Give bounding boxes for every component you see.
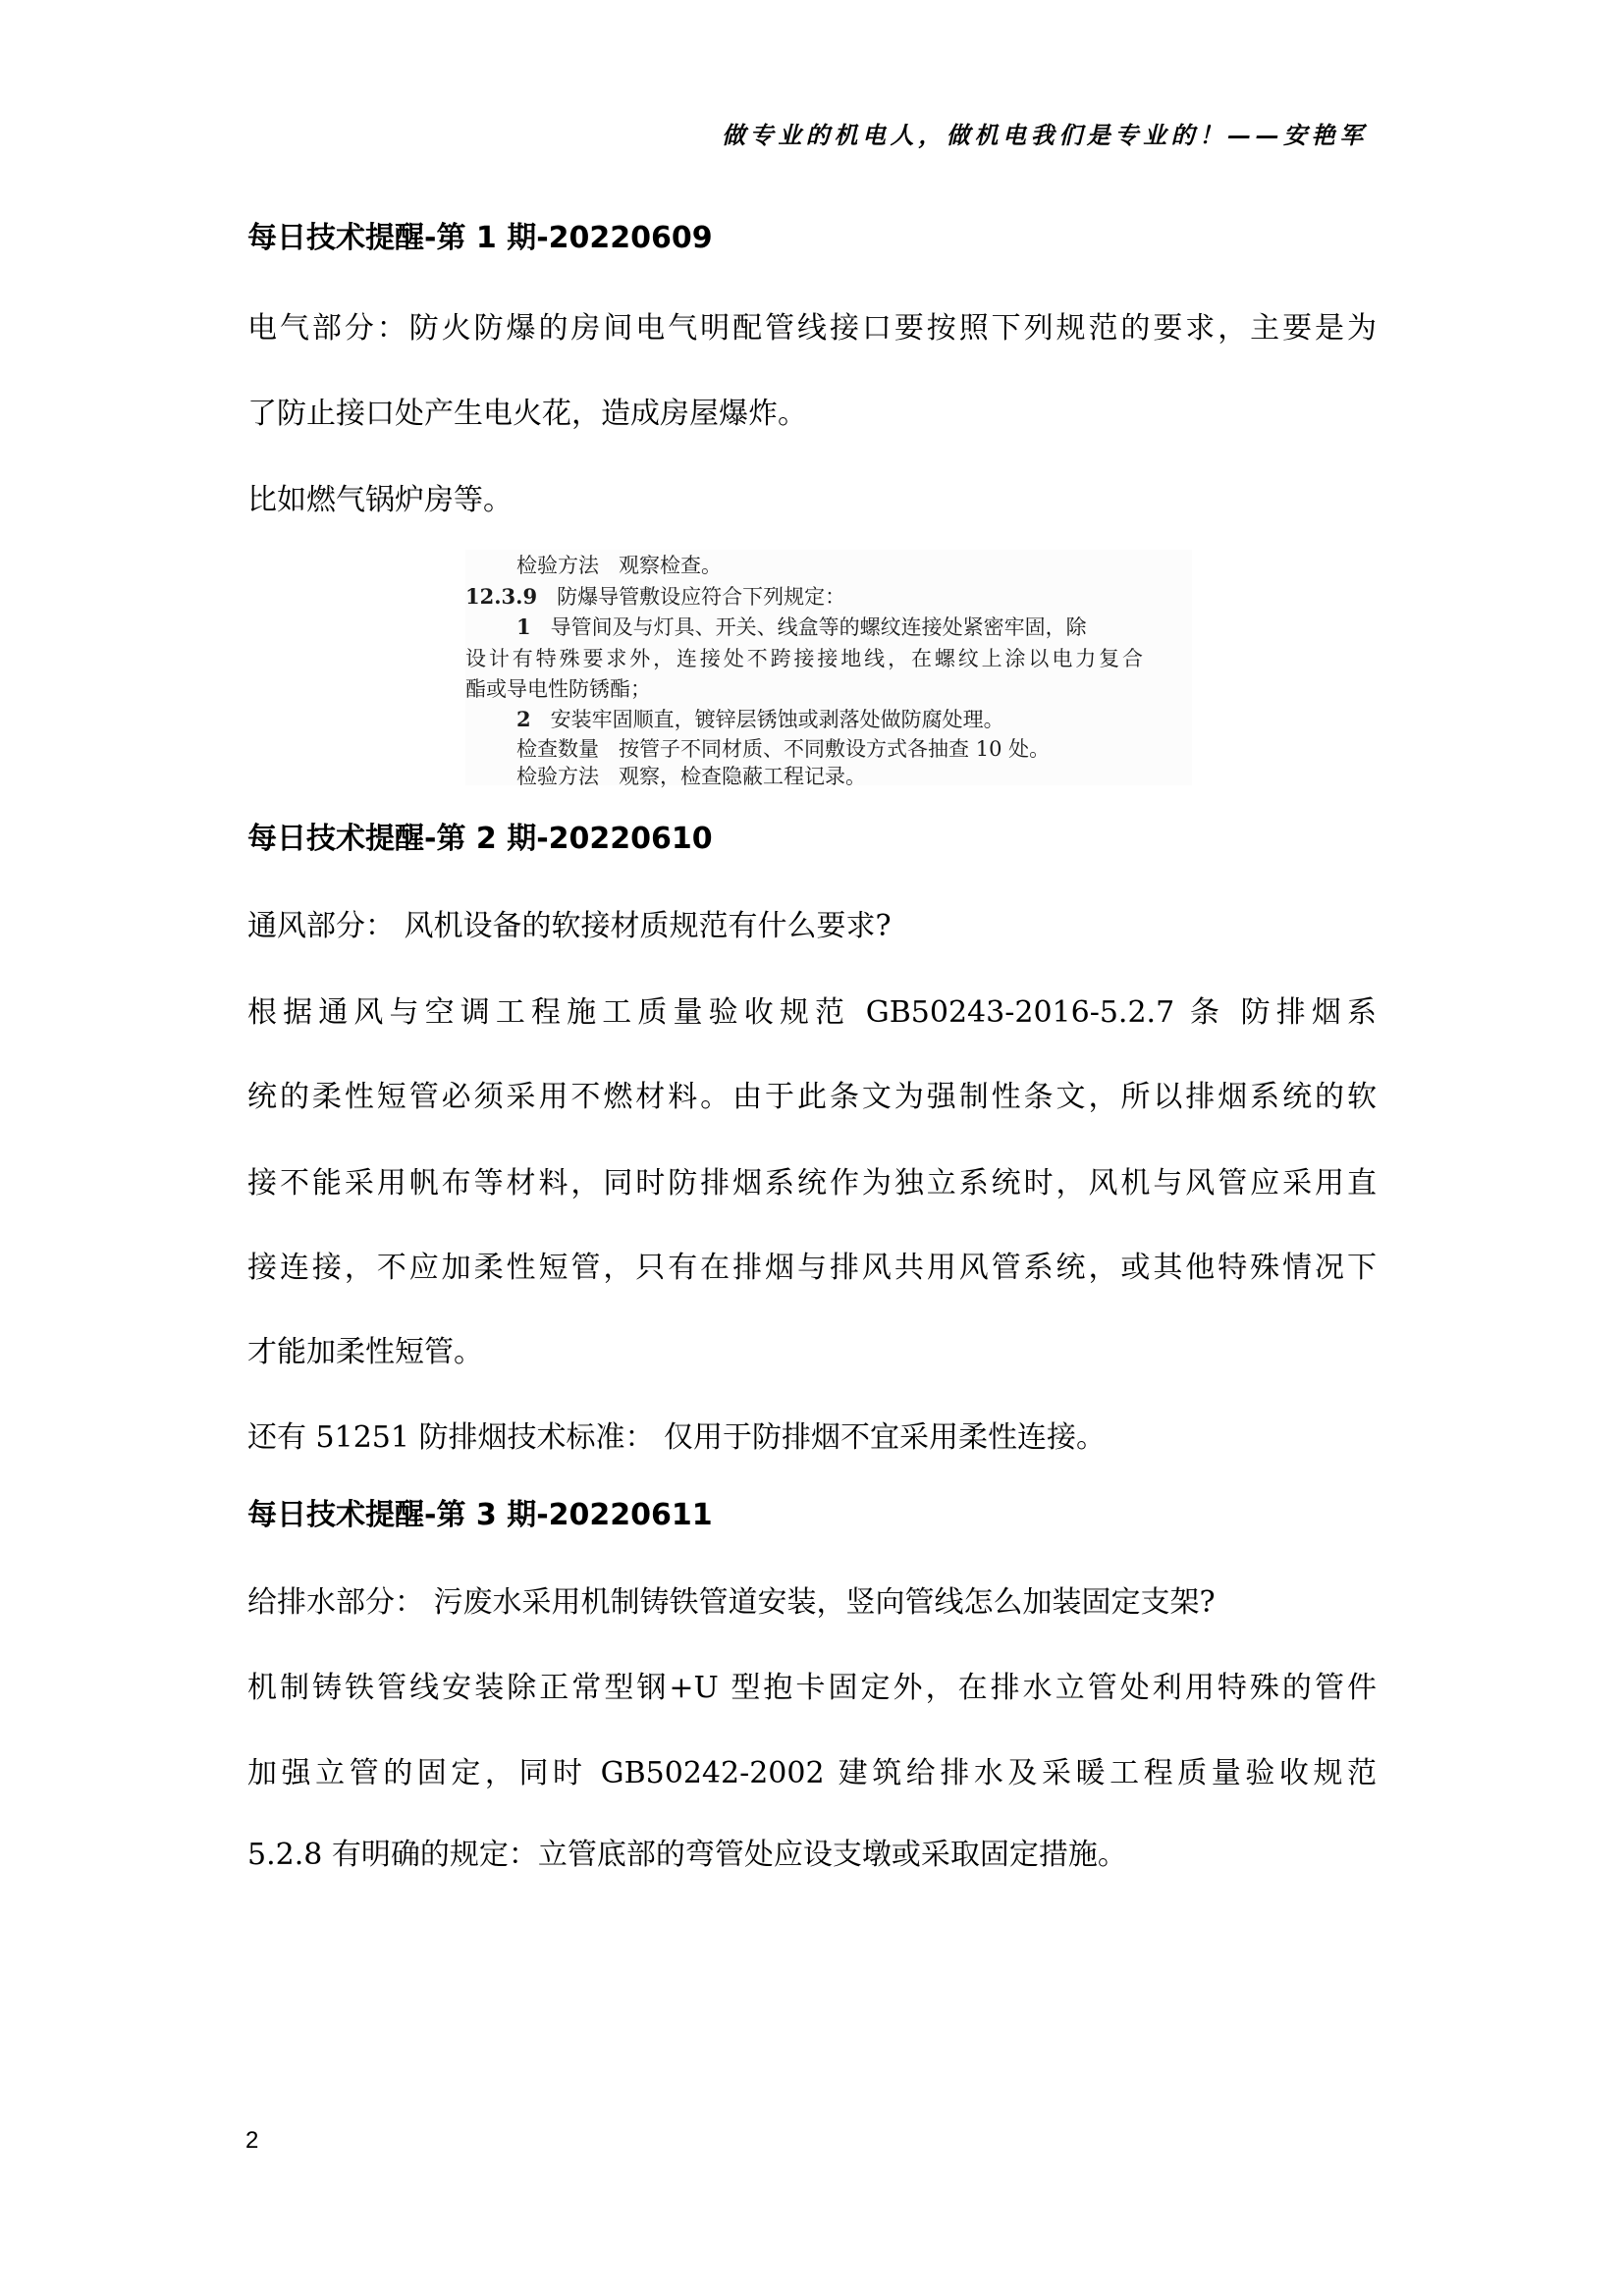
scan-line-6: 2 安装牢固顺直，镀锌层锈蚀或剥落处做防腐处理。: [516, 705, 1004, 734]
scan-line-5: 酯或导电性防锈酯；: [465, 674, 651, 704]
scan-line-4: 设计有特殊要求外，连接处不跨接接地线，在螺纹上涂以电力复合: [465, 644, 1143, 673]
section-3-line-3: 加强立管的固定，同时 GB50242-2002 建筑给排水及采暖工程质量验收规范: [247, 1752, 1377, 1795]
scan-line-8: 检验方法 观察，检查隐蔽工程记录。: [516, 762, 866, 791]
section-2-line-2: 根据通风与空调工程施工质量验收规范 GB50243-2016-5.2.7 条 防…: [247, 991, 1377, 1035]
page-number: 2: [245, 2126, 258, 2156]
scan-line-1: 检验方法 观察检查。: [516, 551, 722, 580]
section-2-line-1: 通风部分： 风机设备的软接材质规范有什么要求?: [247, 905, 1377, 948]
scan-line-2: 12.3.9 防爆导管敷设应符合下列规定：: [465, 582, 845, 612]
section-3-line-1: 给排水部分： 污废水采用机制铸铁管道安装，竖向管线怎么加装固定支架?: [247, 1581, 1377, 1625]
section-3-line-4: 5.2.8 有明确的规定：立管底部的弯管处应设支墩或采取固定措施。: [247, 1834, 1377, 1877]
section-2-line-3: 统的柔性短管必须采用不燃材料。由于此条文为强制性条文，所以排烟系统的软: [247, 1076, 1377, 1119]
section-2-line-5: 接连接，不应加柔性短管，只有在排烟与排风共用风管系统，或其他特殊情况下: [247, 1247, 1377, 1290]
section-3-title: 每日技术提醒-第 3 期-20220611: [247, 1494, 1377, 1537]
section-3-line-2: 机制铸铁管线安装除正常型钢+U 型抱卡固定外，在排水立管处利用特殊的管件: [247, 1667, 1377, 1710]
page-header-slogan: 做专业的机电人，做机电我们是专业的！——安艳军: [722, 116, 1375, 155]
section-1-title: 每日技术提醒-第 1 期-20220609: [247, 217, 1377, 260]
section-1-line-2: 了防止接口处产生电火花，造成房屋爆炸。: [247, 393, 1377, 436]
section-1-line-1: 电气部分：防火防爆的房间电气明配管线接口要按照下列规范的要求，主要是为: [247, 307, 1377, 350]
section-2-line-6: 才能加柔性短管。: [247, 1331, 1377, 1374]
section-2-line-7: 还有 51251 防排烟技术标准： 仅用于防排烟不宜采用柔性连接。: [247, 1416, 1377, 1460]
scanned-standard-image: 检验方法 观察检查。 12.3.9 防爆导管敷设应符合下列规定： 1 导管间及与…: [465, 550, 1192, 785]
section-2-title: 每日技术提醒-第 2 期-20220610: [247, 818, 1377, 861]
scan-line-7: 检查数量 按管子不同材质、不同敷设方式各抽查 10 处。: [516, 734, 1050, 764]
section-2-line-4: 接不能采用帆布等材料，同时防排烟系统作为独立系统时，风机与风管应采用直: [247, 1162, 1377, 1205]
scan-line-3: 1 导管间及与灯具、开关、线盒等的螺纹连接处紧密牢固，除: [516, 613, 1087, 642]
section-1-line-3: 比如燃气锅炉房等。: [247, 479, 1377, 522]
